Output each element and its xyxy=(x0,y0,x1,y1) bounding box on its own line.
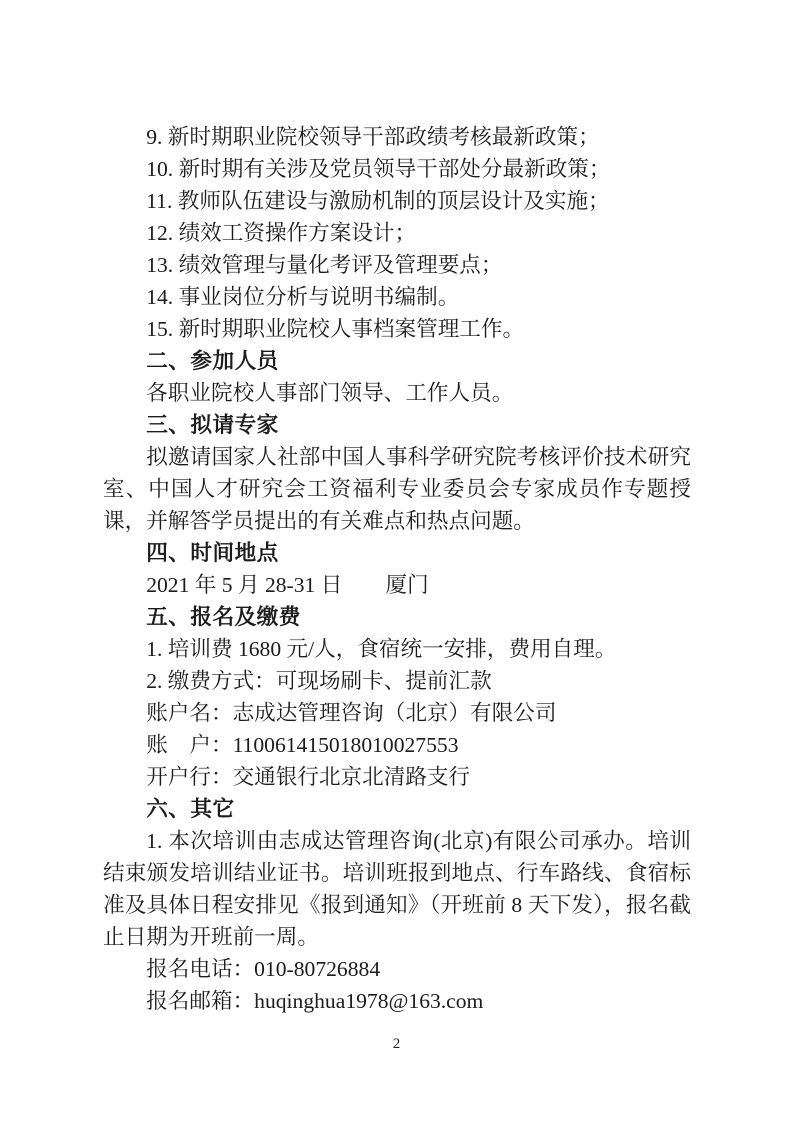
schedule-text: 2021 年 5 月 28-31 日 厦门 xyxy=(103,569,691,601)
section-heading-other: 六、其它 xyxy=(103,793,691,825)
organizer-text: 1. 本次培训由志成达管理咨询(北京)有限公司承办。培训结束颁发培训结业证书。培… xyxy=(103,825,691,953)
topic-item: 12. 绩效工资操作方案设计； xyxy=(103,217,691,249)
topic-item: 10. 新时期有关涉及党员领导干部处分最新政策； xyxy=(103,153,691,185)
topic-item: 9. 新时期职业院校领导干部政绩考核最新政策； xyxy=(103,121,691,153)
document-content: 9. 新时期职业院校领导干部政绩考核最新政策； 10. 新时期有关涉及党员领导干… xyxy=(103,121,691,1017)
phone-text: 报名电话：010-80726884 xyxy=(103,953,691,985)
document-page: 9. 新时期职业院校领导干部政绩考核最新政策； 10. 新时期有关涉及党员领导干… xyxy=(0,0,793,1122)
payment-method-text: 2. 缴费方式：可现场刷卡、提前汇款 xyxy=(103,665,691,697)
section-participants: 二、参加人员 各职业院校人事部门领导、工作人员。 xyxy=(103,345,691,409)
account-number-text: 账 户：110061415018010027553 xyxy=(103,729,691,761)
account-name-text: 账户名：志成达管理咨询（北京）有限公司 xyxy=(103,697,691,729)
section-registration-payment: 五、报名及缴费 1. 培训费 1680 元/人，食宿统一安排，费用自理。 2. … xyxy=(103,601,691,793)
section-other: 六、其它 1. 本次培训由志成达管理咨询(北京)有限公司承办。培训结束颁发培训结… xyxy=(103,793,691,1017)
section-time-place: 四、时间地点 2021 年 5 月 28-31 日 厦门 xyxy=(103,537,691,601)
experts-text: 拟邀请国家人社部中国人事科学研究院考核评价技术研究室、中国人才研究会工资福利专业… xyxy=(103,441,691,537)
page-number: 2 xyxy=(393,1036,401,1052)
section-heading-registration-payment: 五、报名及缴费 xyxy=(103,601,691,633)
section-experts: 三、拟请专家 拟邀请国家人社部中国人事科学研究院考核评价技术研究室、中国人才研究… xyxy=(103,409,691,537)
section-heading-participants: 二、参加人员 xyxy=(103,345,691,377)
email-text: 报名邮箱：huqinghua1978@163.com xyxy=(103,985,691,1017)
topic-item: 11. 教师队伍建设与激励机制的顶层设计及实施； xyxy=(103,185,691,217)
participants-text: 各职业院校人事部门领导、工作人员。 xyxy=(103,377,691,409)
topic-item: 13. 绩效管理与量化考评及管理要点； xyxy=(103,249,691,281)
section-heading-time-place: 四、时间地点 xyxy=(103,537,691,569)
fee-text: 1. 培训费 1680 元/人，食宿统一安排，费用自理。 xyxy=(103,633,691,665)
section-heading-experts: 三、拟请专家 xyxy=(103,409,691,441)
topic-item: 14. 事业岗位分析与说明书编制。 xyxy=(103,281,691,313)
topic-list: 9. 新时期职业院校领导干部政绩考核最新政策； 10. 新时期有关涉及党员领导干… xyxy=(103,121,691,345)
bank-text: 开户行：交通银行北京北清路支行 xyxy=(103,761,691,793)
topic-item: 15. 新时期职业院校人事档案管理工作。 xyxy=(103,313,691,345)
page-footer: 2 xyxy=(0,1036,793,1053)
